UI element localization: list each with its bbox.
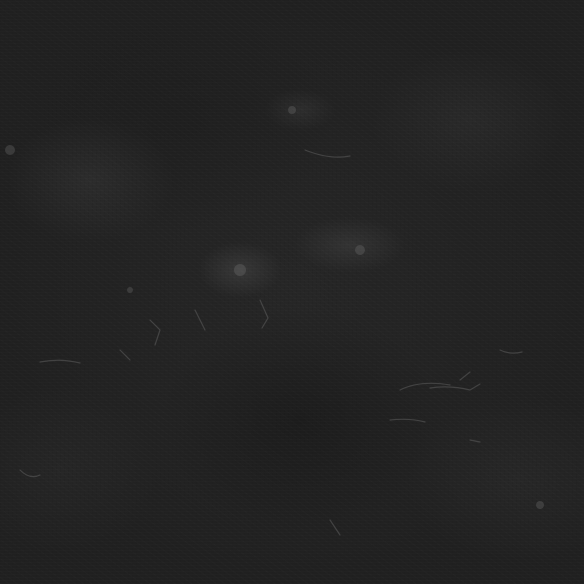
grain-overlay	[0, 0, 584, 584]
